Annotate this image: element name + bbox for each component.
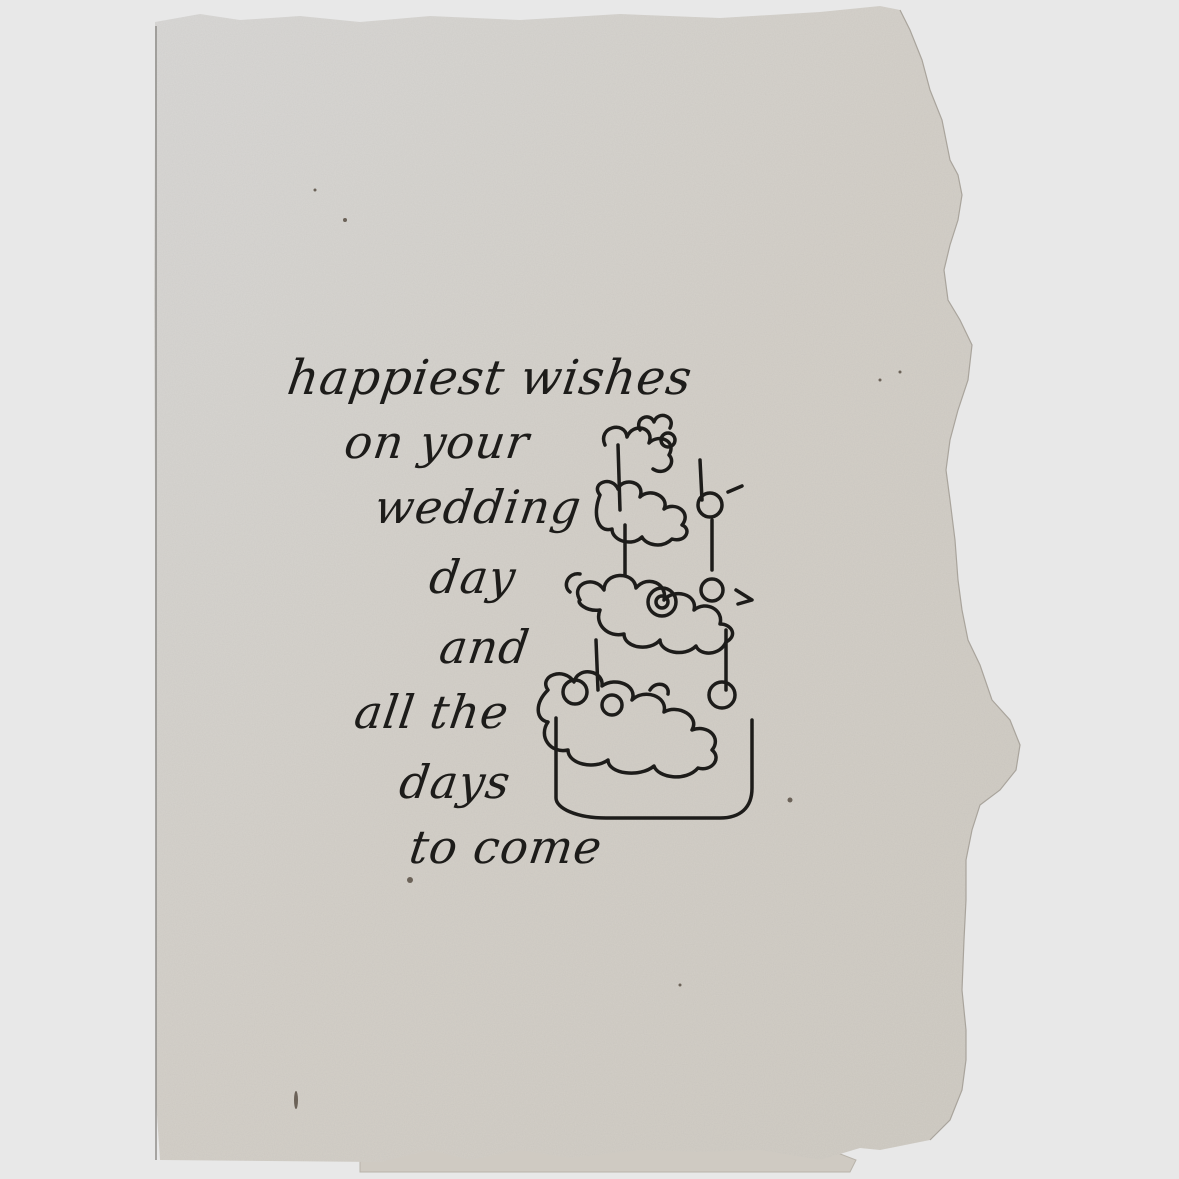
paper-card bbox=[0, 0, 1179, 1179]
product-photo: happiest wishes on your wedding day and … bbox=[0, 0, 1179, 1179]
